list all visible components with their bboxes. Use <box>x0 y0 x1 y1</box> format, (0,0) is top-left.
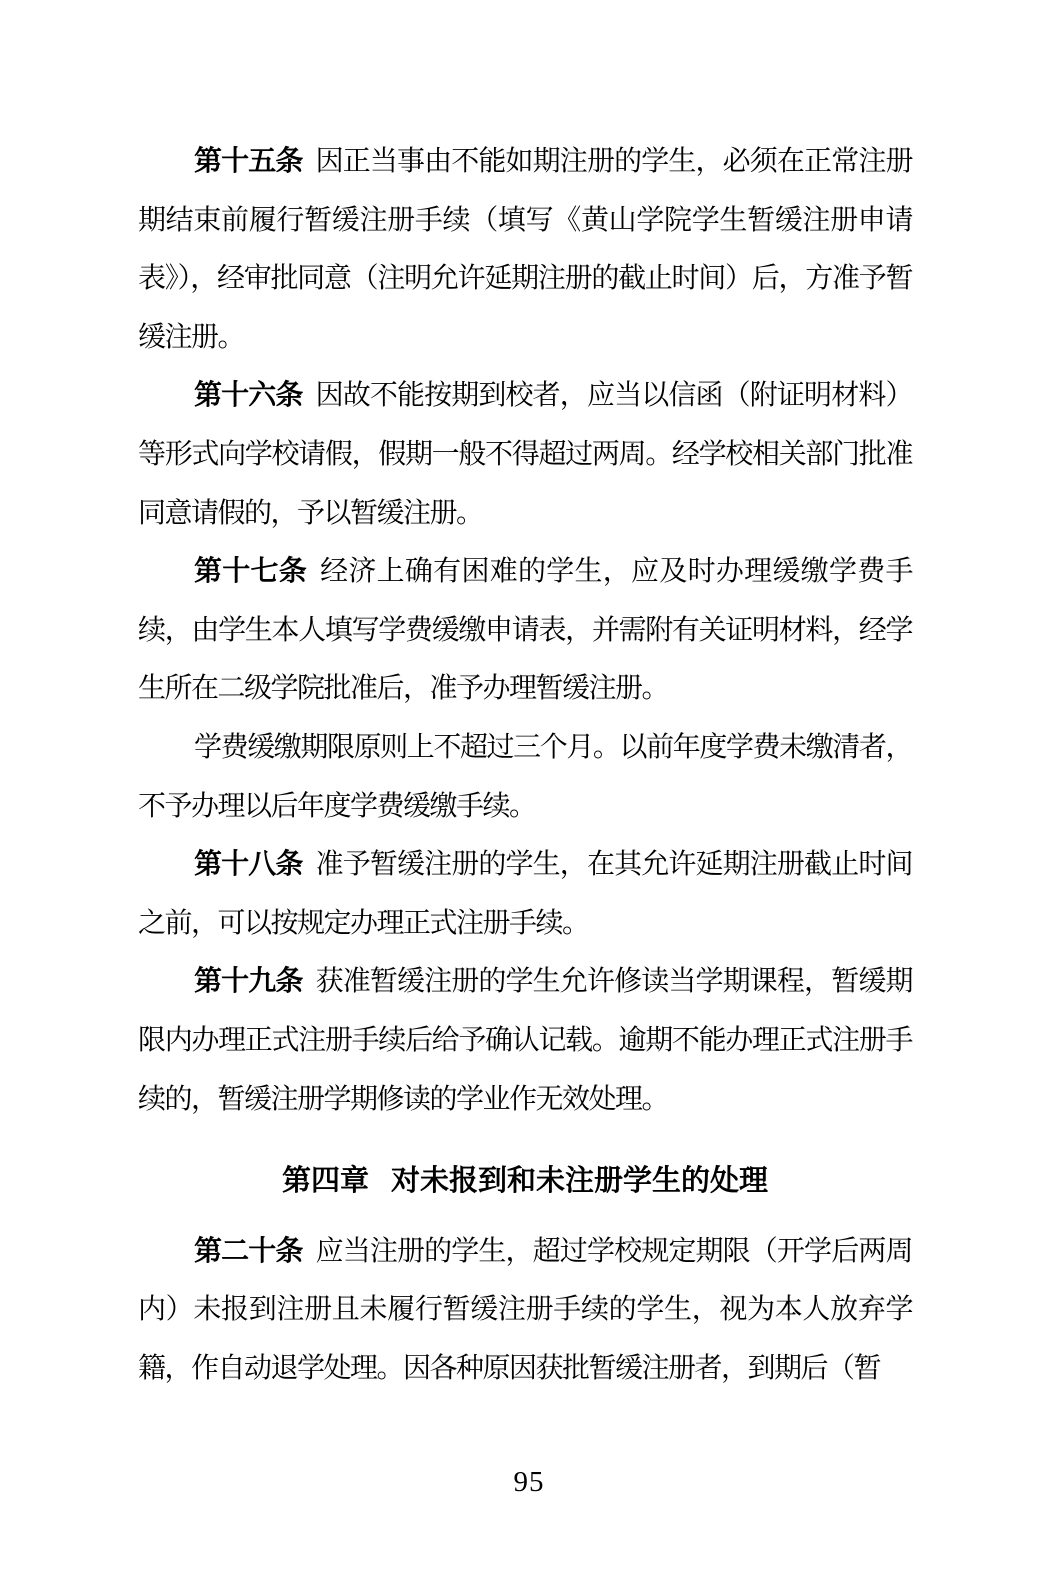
page-number: 95 <box>0 1467 1058 1497</box>
article-19-paragraph: 第十九条获准暂缓注册的学生允许修读当学期课程，暂缓期限内办理正式注册手续后给予确… <box>138 953 912 1129</box>
article-18-number: 第十八条 <box>194 849 303 880</box>
article-17-paragraph: 第十七条经济上确有困难的学生，应及时办理缓缴学费手续，由学生本人填写学费缓缴申请… <box>138 543 912 719</box>
article-15-paragraph: 第十五条因正当事由不能如期注册的学生，必须在正常注册期结束前履行暂缓注册手续（填… <box>138 133 912 367</box>
article-19-number: 第十九条 <box>194 966 303 997</box>
article-20-number: 第二十条 <box>194 1236 303 1267</box>
article-16-number: 第十六条 <box>194 380 303 411</box>
article-18-paragraph: 第十八条准予暂缓注册的学生，在其允许延期注册截止时间之前，可以按规定办理正式注册… <box>138 836 912 953</box>
document-page: 第十五条因正当事由不能如期注册的学生，必须在正常注册期结束前履行暂缓注册手续（填… <box>0 0 1058 1588</box>
tuition-deferral-note-paragraph: 学费缓缴期限原则上不超过三个月。以前年度学费未缴清者，不予办理以后年度学费缓缴手… <box>138 719 912 836</box>
article-17-number: 第十七条 <box>194 556 307 587</box>
chapter-4-heading: 第四章 对未报到和未注册学生的处理 <box>138 1152 912 1211</box>
document-body: 第十五条因正当事由不能如期注册的学生，必须在正常注册期结束前履行暂缓注册手续（填… <box>138 133 912 1398</box>
article-15-number: 第十五条 <box>194 146 303 177</box>
article-15-text: 因正当事由不能如期注册的学生，必须在正常注册期结束前履行暂缓注册手续（填写《黄山… <box>138 146 912 353</box>
article-16-paragraph: 第十六条因故不能按期到校者，应当以信函（附证明材料）等形式向学校请假，假期一般不… <box>138 367 912 543</box>
article-20-paragraph: 第二十条应当注册的学生，超过学校规定期限（开学后两周内）未报到注册且未履行暂缓注… <box>138 1223 912 1399</box>
tuition-deferral-note-text: 学费缓缴期限原则上不超过三个月。以前年度学费未缴清者，不予办理以后年度学费缓缴手… <box>138 732 912 822</box>
